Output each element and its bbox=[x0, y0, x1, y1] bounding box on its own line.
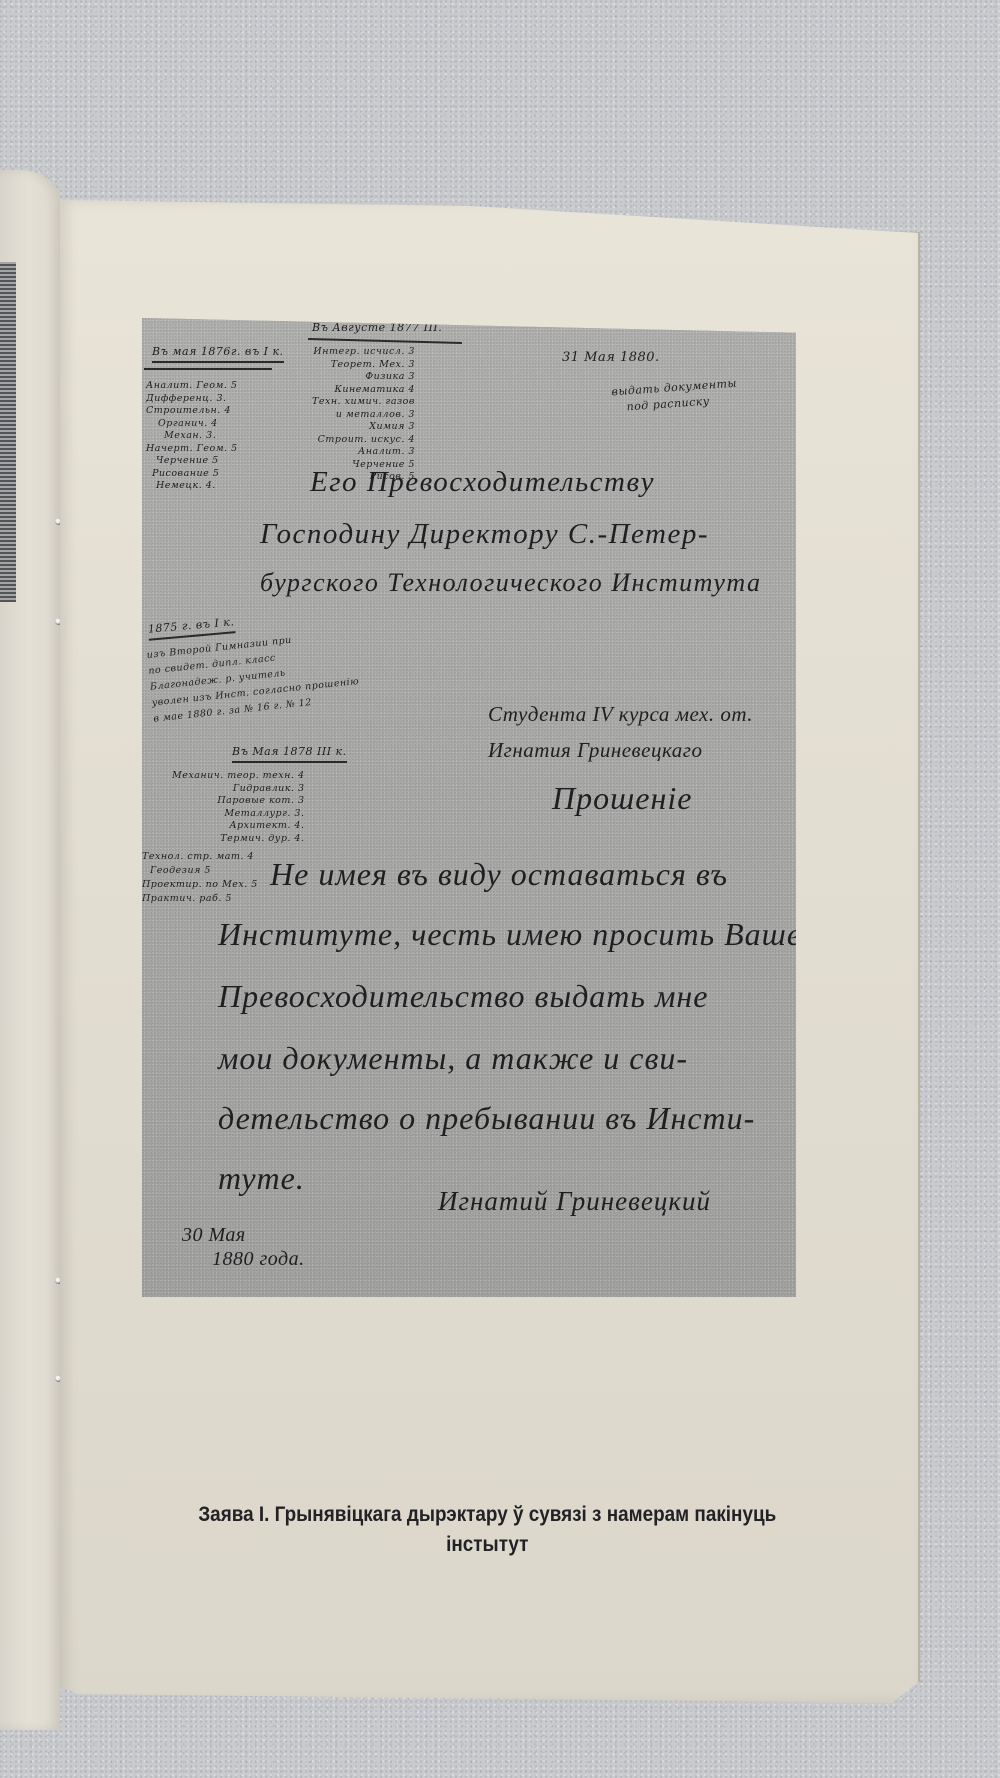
marginalia-grades: Интегр. исчисл. 3 Теорет. Мех. 3 Физика … bbox=[312, 346, 415, 484]
building-engraving-image bbox=[0, 262, 16, 602]
marginalia-grades: Аналит. Геом. 5 Дифференц. 3. Строительн… bbox=[146, 380, 238, 493]
petition-body-line: Превосходительство выдать мне bbox=[218, 978, 708, 1015]
handwritten-petition-facsimile: Въ мая 1876г. въ I к. Аналит. Геом. 5 Ди… bbox=[142, 318, 796, 1297]
marginalia-grades: Технол. стр. мат. 4 Геодезия 5 Проектир.… bbox=[142, 850, 258, 906]
addressee-line: Его Превосходительству bbox=[310, 466, 655, 499]
marginalia-heading: Въ Мая 1878 III к. bbox=[232, 746, 347, 763]
date-bottom: 30 Мая 1880 года. bbox=[182, 1223, 305, 1271]
petition-body-line: Не имея въ виду оставаться въ bbox=[270, 856, 728, 893]
underline-rule bbox=[144, 368, 272, 370]
date-note: 31 Мая 1880. bbox=[562, 350, 660, 365]
caption-line: Заява І. Грынявіцкага дырэктару ў сувязі… bbox=[101, 1500, 873, 1530]
signature: Игнатий Гриневецкий bbox=[438, 1186, 711, 1217]
marginalia-heading: 1875 г. въ I к. bbox=[147, 616, 235, 640]
petition-body-line: мои документы, а также и сви- bbox=[218, 1040, 688, 1077]
petition-title: Прошенiе bbox=[552, 780, 692, 817]
caption-line: інстытут bbox=[101, 1530, 873, 1560]
addressee-line: Господину Директору С.-Петер- bbox=[260, 518, 709, 551]
figure-caption: Заява І. Грынявіцкага дырэктару ў сувязі… bbox=[101, 1500, 873, 1560]
marginalia-grades: Механич. теор. техн. 4 Гидравлик. 3 Паро… bbox=[172, 770, 305, 845]
resolution-note: выдать документы под расписку bbox=[611, 376, 739, 417]
marginalia-notes: изъ Второй Гимназии при по свидет. дипл.… bbox=[146, 626, 362, 727]
left-page bbox=[0, 170, 60, 1730]
marginalia-heading: Въ мая 1876г. въ I к. bbox=[152, 346, 284, 363]
petition-body-line: детельство о пребывании въ Инсти- bbox=[218, 1100, 755, 1137]
addressee-line: бургского Технологического Института bbox=[260, 568, 761, 598]
underline-rule bbox=[308, 338, 462, 344]
petition-body-line: Институте, честь имею просить Ваше bbox=[218, 916, 802, 953]
sender-line: Студента IV курса мех. от. bbox=[488, 702, 753, 727]
petition-body-line: туте. bbox=[218, 1160, 305, 1197]
sender-line: Игнатия Гриневецкаго bbox=[488, 738, 702, 763]
